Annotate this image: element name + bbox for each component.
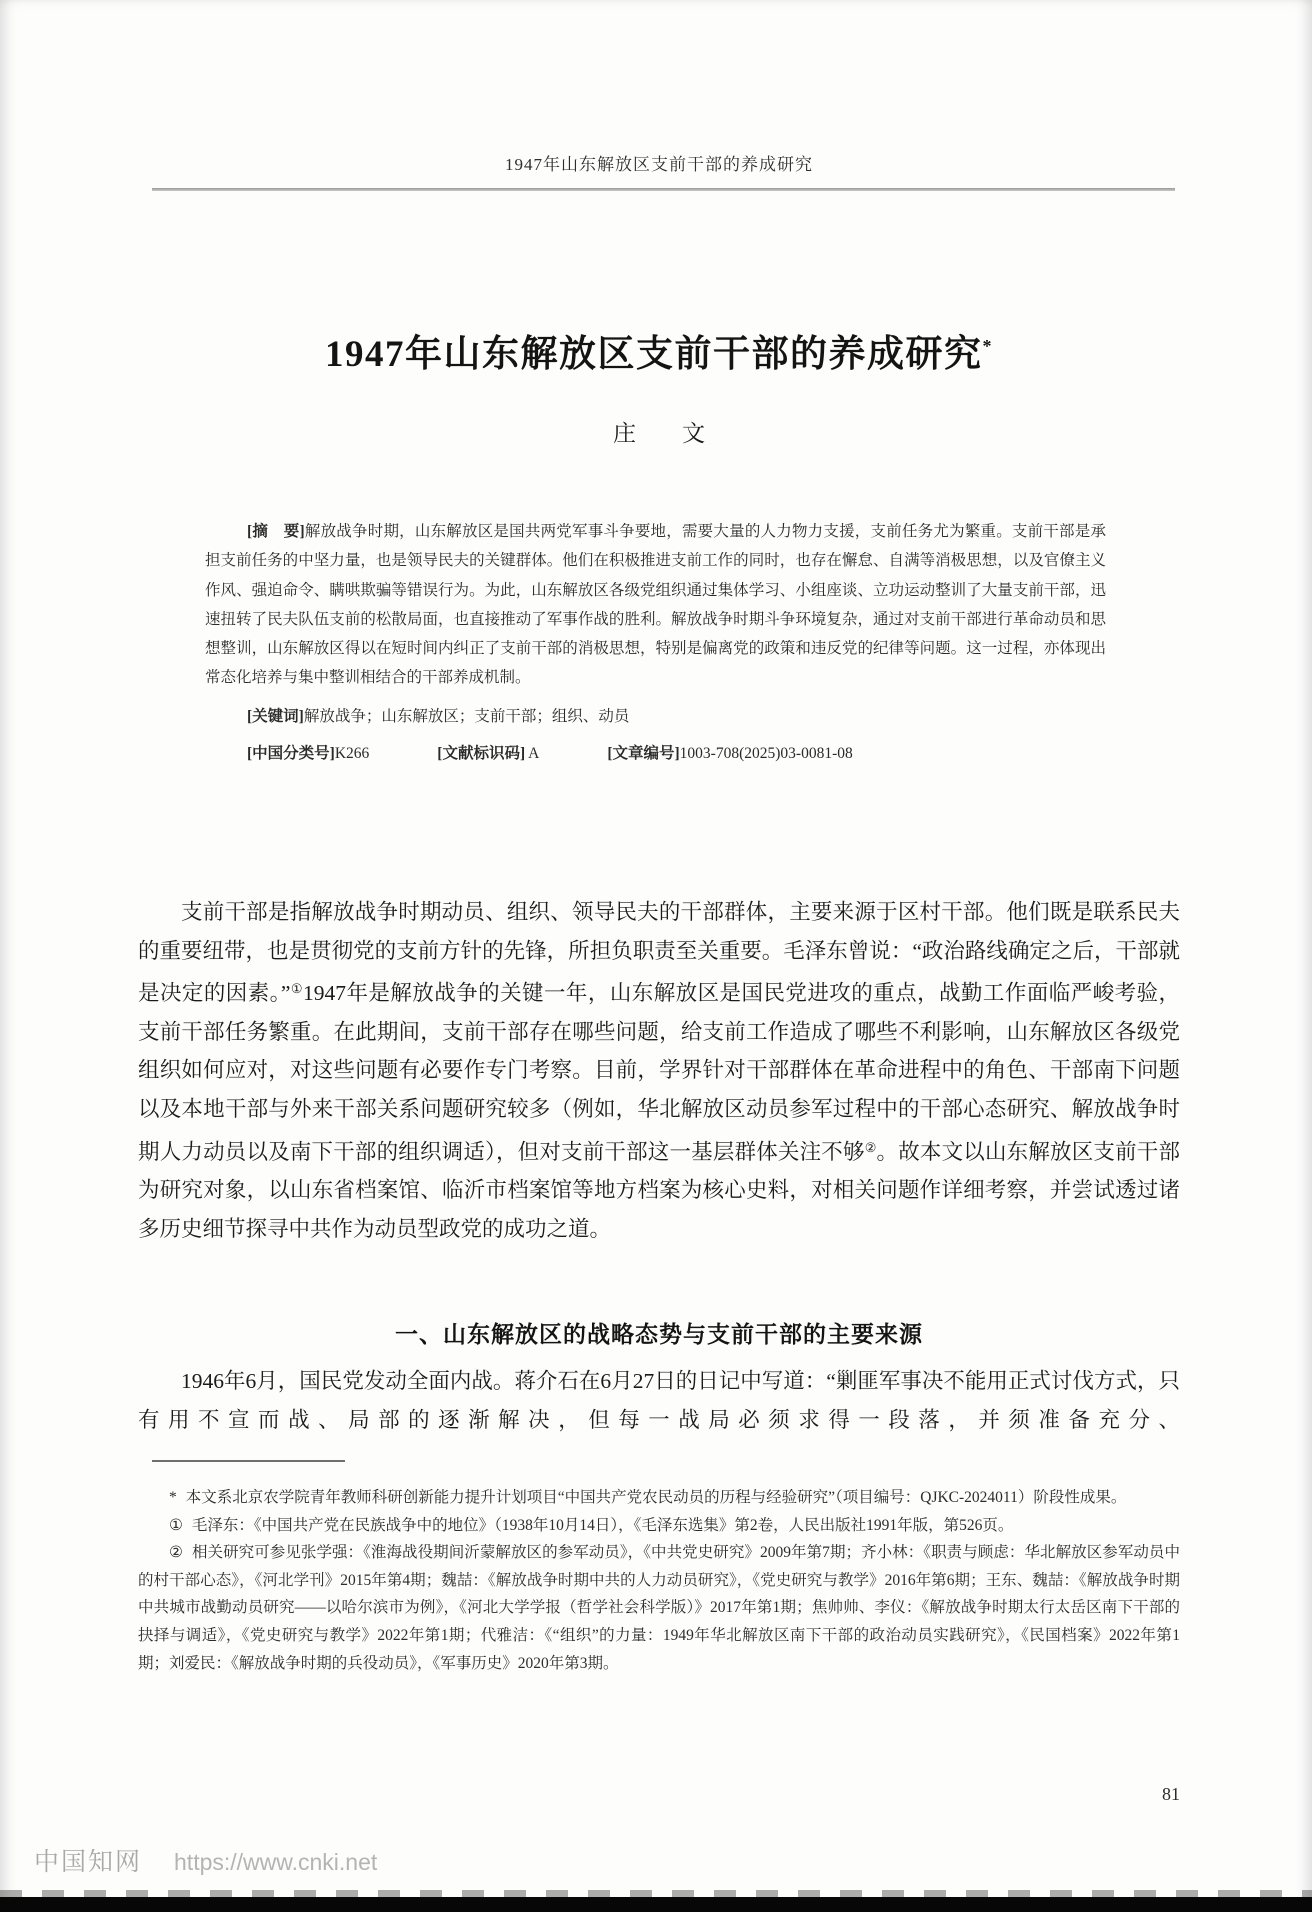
abstract-paragraph: [摘 要]解放战争时期，山东解放区是国共两党军事斗争要地，需要大量的人力物力支援…: [205, 517, 1106, 693]
footnote-marker: ②: [169, 1544, 183, 1561]
footnote-ref-1: ①: [290, 981, 303, 996]
page-number: 81: [138, 1784, 1180, 1805]
abstract-block: [摘 要]解放战争时期，山东解放区是国共两党军事斗争要地，需要大量的人力物力支援…: [205, 517, 1106, 768]
clc-value: K266: [335, 745, 369, 762]
clc-label: [中国分类号]: [247, 745, 335, 762]
footnote-marker: ①: [169, 1517, 183, 1534]
body-paragraph-1: 支前干部是指解放战争时期动员、组织、领导民夫的干部群体，主要来源于区村干部。他们…: [138, 893, 1180, 1248]
article-no-label: [文章编号]: [607, 745, 679, 762]
keywords-text: 解放战争；山东解放区；支前干部；组织、动员: [304, 708, 630, 725]
running-header: 1947年山东解放区支前干部的养成研究: [138, 150, 1180, 175]
footnote-item: ①毛泽东：《中国共产党在民族战争中的地位》（1938年10月14日），《毛泽东选…: [138, 1512, 1180, 1540]
cnki-url: https://www.cnki.net: [174, 1849, 377, 1876]
article-no-value: 1003-708(2025)03-0081-08: [680, 745, 853, 762]
footnote-text: 本文系北京农学院青年教师科研创新能力提升计划项目“中国共产党农民动员的历程与经验…: [186, 1489, 1127, 1506]
title-footnote-marker: *: [983, 336, 994, 356]
author-name: 庄 文: [138, 415, 1180, 448]
doc-code-value: A: [528, 745, 539, 762]
cnki-watermark: 中国知网 https://www.cnki.net: [34, 1842, 377, 1878]
footnote-text: 相关研究可参见张学强：《淮海战役期间沂蒙解放区的参军动员》，《中共党史研究》20…: [138, 1544, 1180, 1671]
abstract-label: [摘 要]: [247, 523, 305, 540]
footnotes-block: *本文系北京农学院青年教师科研创新能力提升计划项目“中国共产党农民动员的历程与经…: [138, 1484, 1180, 1677]
article-title: 1947年山东解放区支前干部的养成研究*: [138, 323, 1180, 377]
article-no-item: [文章编号]1003-708(2025)03-0081-08: [607, 745, 852, 762]
abstract-text: 解放战争时期，山东解放区是国共两党军事斗争要地，需要大量的人力物力支援，支前任务…: [205, 523, 1106, 686]
body-paragraph-2-text: 1946年6月，国民党发动全面内战。蒋介石在6月27日的日记中写道：“剿匪军事决…: [138, 1362, 1180, 1439]
body-paragraph-2: 1946年6月，国民党发动全面内战。蒋介石在6月27日的日记中写道：“剿匪军事决…: [138, 1362, 1180, 1439]
header-divider: [152, 188, 1175, 191]
article-title-text: 1947年山东解放区支前干部的养成研究: [325, 334, 983, 375]
keywords-line: [关键词]解放战争；山东解放区；支前干部；组织、动员: [205, 702, 1106, 731]
keywords-label: [关键词]: [247, 708, 304, 725]
footnote-ref-2: ②: [865, 1140, 877, 1155]
footnote-item: *本文系北京农学院青年教师科研创新能力提升计划项目“中国共产党农民动员的历程与经…: [138, 1484, 1180, 1512]
footnote-text: 毛泽东：《中国共产党在民族战争中的地位》（1938年10月14日），《毛泽东选集…: [192, 1517, 1014, 1534]
clc-item: [中国分类号]K266: [247, 745, 369, 762]
scan-bottom-bar: [0, 1897, 1312, 1912]
scan-edge-dashes: [0, 1890, 1312, 1897]
section-1-heading: 一、山东解放区的战略态势与支前干部的主要来源: [138, 1316, 1180, 1349]
body-paragraph-1-text: 支前干部是指解放战争时期动员、组织、领导民夫的干部群体，主要来源于区村干部。他们…: [138, 893, 1180, 1248]
doc-code-label: [文献标识码]: [437, 745, 525, 762]
footnote-item: ②相关研究可参见张学强：《淮海战役期间沂蒙解放区的参军动员》，《中共党史研究》2…: [138, 1539, 1180, 1677]
para1-segment-2: 1947年是解放战争的关键一年，山东解放区是国民党进攻的重点，战勤工作面临严峻考…: [138, 981, 1180, 1163]
footnote-marker: *: [169, 1489, 177, 1506]
footnote-divider: [152, 1460, 345, 1462]
doc-code-item: [文献标识码] A: [437, 745, 539, 762]
scanned-paper-page: 1947年山东解放区支前干部的养成研究 1947年山东解放区支前干部的养成研究*…: [0, 0, 1312, 1912]
cnki-brand: 中国知网: [34, 1842, 142, 1878]
classification-line: [中国分类号]K266[文献标识码] A[文章编号]1003-708(2025)…: [205, 739, 1106, 768]
